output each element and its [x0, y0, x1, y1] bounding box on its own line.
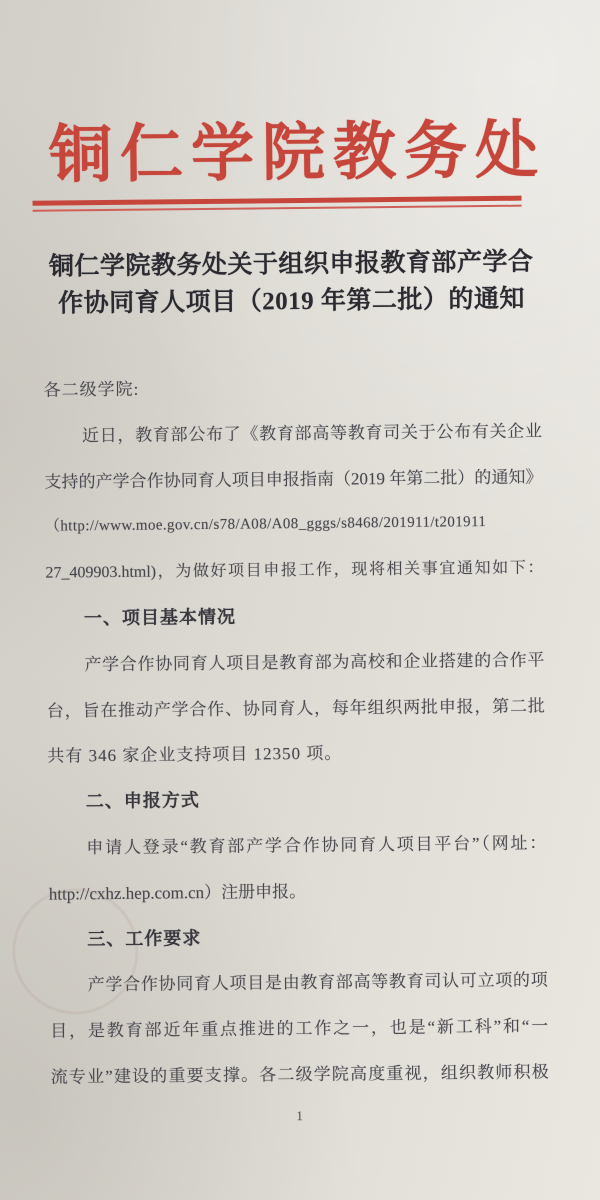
body-line: 目，是教育部近年重点推进的工作之一，也是“新工科”和“一 [50, 1004, 548, 1055]
notice-title-line-1: 铜仁学院教务处关于组织申报教育部产学合 [42, 243, 540, 285]
body-line: 27_409903.html)，为做好项目申报工作，现将相关事宜通知如下： [45, 546, 543, 597]
seal-ghost-mark [12, 888, 139, 1015]
notice-title-line-2: 作协同育人项目（2019 年第二批）的通知 [42, 280, 540, 322]
body-line: 近日，教育部公布了《教育部高等教育司关于公布有关企业 [44, 408, 542, 459]
section-heading: 一、项目基本情况 [46, 591, 544, 642]
letterhead-org-name: 铜仁学院教务处 [41, 115, 542, 190]
page-number: 1 [51, 1103, 549, 1128]
body-line: 支持的产学合作协同育人项目申报指南（2019 年第二批）的通知》 [44, 454, 542, 505]
body-line: 共有 346 家企业支持项目 12350 项。 [47, 729, 545, 780]
body-line: 流专业”建设的重要支撑。各二级学院高度重视，组织教师积极 [50, 1049, 548, 1100]
body-line: 产学合作协同育人项目是教育部为高校和企业搭建的合作平 [46, 637, 544, 688]
body-line: 申请人登录“教育部产学合作协同育人项目平台”（网址： [48, 820, 546, 871]
body-line: 台，旨在推动产学合作、协同育人，每年组织两批申报，第二批 [47, 683, 545, 734]
salutation-line: 各二级学院: [43, 362, 541, 413]
notice-title: 铜仁学院教务处关于组织申报教育部产学合 作协同育人项目（2019 年第二批）的通… [42, 243, 541, 322]
document-page: 铜仁学院教务处 铜仁学院教务处关于组织申报教育部产学合 作协同育人项目（2019… [0, 0, 600, 1200]
letterhead-divider-thick [33, 196, 522, 206]
body-line-url: （http://www.moe.gov.cn/s78/A08/A08_gggs/… [45, 500, 543, 551]
letterhead-divider-thin [33, 205, 522, 212]
section-heading: 二、申报方式 [48, 775, 546, 826]
